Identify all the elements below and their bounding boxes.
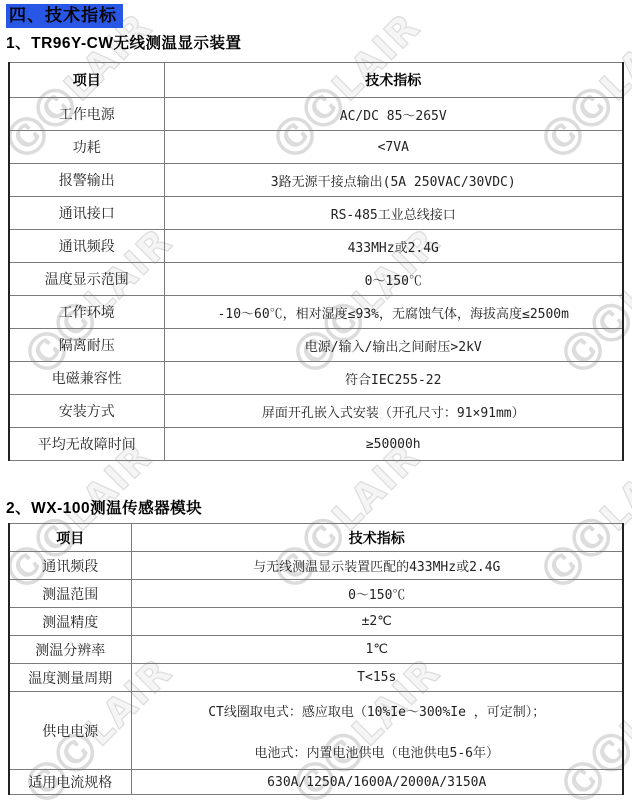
table-row: 适用电流规格630A/1250A/1600A/2000A/3150A [9,770,623,795]
spec-value-cell: <7VA [164,131,623,164]
table-row: 测温精度±2℃ [9,608,623,636]
spec-item-cell: 电磁兼容性 [9,362,164,395]
spec-item-cell: 安装方式 [9,395,164,428]
table-row: 温度显示范围0～150℃ [9,263,623,296]
table-row: 测温范围0～150℃ [9,580,623,608]
spec-value-cell: 屏面开孔嵌入式安装（开孔尺寸：91×91mm） [164,395,623,428]
spec-value-cell: CT线圈取电式：感应取电（10%Ie～300%Ie ，可定制）；电池式：内置电池… [131,692,623,770]
spec-item-cell: 工作环境 [9,296,164,329]
table-row: 功耗<7VA [9,131,623,164]
table-row: 隔离耐压电源/输入/输出之间耐压>2kV [9,329,623,362]
spec-value-cell: 电源/输入/输出之间耐压>2kV [164,329,623,362]
page-title: 四、技术指标 [6,4,123,28]
spec-table-1-body: 工作电源AC/DC 85～265V功耗<7VA报警输出3路无源干接点输出(5A … [9,98,623,461]
spec-value-cell: 3路无源干接点输出(5A 250VAC/30VDC) [164,164,623,197]
table-row: 报警输出3路无源干接点输出(5A 250VAC/30VDC) [9,164,623,197]
spec-table-1: 项目 技术指标 工作电源AC/DC 85～265V功耗<7VA报警输出3路无源干… [8,62,624,461]
table-row: 通讯频段433MHz或2.4G [9,230,623,263]
spec-value-cell: 与无线测温显示装置匹配的433MHz或2.4G [131,552,623,580]
spec-value-cell: 0～150℃ [131,580,623,608]
spec-value-cell: AC/DC 85～265V [164,98,623,131]
spec-value-cell: ≥50000h [164,428,623,461]
section-2-heading: 2、WX-100测温传感器模块 [6,496,202,518]
document-content: 四、技术指标 1、TR96Y-CW无线测温显示装置 项目 技术指标 工作电源AC… [0,0,632,805]
table-row: 平均无故障时间≥50000h [9,428,623,461]
spec-value-line: CT线圈取电式：感应取电（10%Ie～300%Ie ，可定制）； [132,701,623,720]
spec-value-line: 电池式：内置电池供电（电池供电5-6年） [132,742,623,761]
spec-item-cell: 通讯频段 [9,230,164,263]
table-row: 电磁兼容性符合IEC255-22 [9,362,623,395]
table-header-row: 项目 技术指标 [9,524,623,552]
spec-item-cell: 功耗 [9,131,164,164]
spec-item-cell: 通讯接口 [9,197,164,230]
spec-value-cell: 符合IEC255-22 [164,362,623,395]
spec-item-cell: 测温精度 [9,608,131,636]
table-row: 温度测量周期T<15s [9,664,623,692]
spec-table-2: 项目 技术指标 通讯频段与无线测温显示装置匹配的433MHz或2.4G测温范围0… [8,523,624,795]
table-row: 测温分辨率1℃ [9,636,623,664]
column-header-item: 项目 [9,63,164,98]
spec-item-cell: 通讯频段 [9,552,131,580]
spec-value-cell: 433MHz或2.4G [164,230,623,263]
table-row: 工作环境-10～60℃，相对湿度≤93%，无腐蚀气体，海拔高度≤2500m [9,296,623,329]
spec-item-cell: 温度显示范围 [9,263,164,296]
table-row: 安装方式屏面开孔嵌入式安装（开孔尺寸：91×91mm） [9,395,623,428]
spec-item-cell: 测温分辨率 [9,636,131,664]
table-row: 供电电源CT线圈取电式：感应取电（10%Ie～300%Ie ，可定制）；电池式：… [9,692,623,770]
spec-value-cell: 0～150℃ [164,263,623,296]
table-row: 通讯频段与无线测温显示装置匹配的433MHz或2.4G [9,552,623,580]
table-header-row: 项目 技术指标 [9,63,623,98]
spec-value-cell: -10～60℃，相对湿度≤93%，无腐蚀气体，海拔高度≤2500m [164,296,623,329]
spec-item-cell: 工作电源 [9,98,164,131]
spec-item-cell: 测温范围 [9,580,131,608]
spec-table-2-body: 通讯频段与无线测温显示装置匹配的433MHz或2.4G测温范围0～150℃测温精… [9,552,623,795]
spec-value-cell: ±2℃ [131,608,623,636]
spec-value-cell: 630A/1250A/1600A/2000A/3150A [131,770,623,795]
spec-item-cell: 供电电源 [9,692,131,770]
spec-item-cell: 适用电流规格 [9,770,131,795]
spec-item-cell: 报警输出 [9,164,164,197]
column-header-spec: 技术指标 [131,524,623,552]
spec-value-cell: 1℃ [131,636,623,664]
section-1-heading: 1、TR96Y-CW无线测温显示装置 [6,31,242,53]
spec-value-cell: RS-485工业总线接口 [164,197,623,230]
column-header-item: 项目 [9,524,131,552]
column-header-spec: 技术指标 [164,63,623,98]
table-row: 工作电源AC/DC 85～265V [9,98,623,131]
spec-item-cell: 平均无故障时间 [9,428,164,461]
document-page: ⒸⒸLAIRⒸⒸLAIRⒸⒸLAIRⒸⒸLAIRⒸⒸLAIRⒸⒸLAIRⒸⒸLA… [0,0,632,805]
spec-value-cell: T<15s [131,664,623,692]
spec-item-cell: 温度测量周期 [9,664,131,692]
spec-item-cell: 隔离耐压 [9,329,164,362]
table-row: 通讯接口RS-485工业总线接口 [9,197,623,230]
